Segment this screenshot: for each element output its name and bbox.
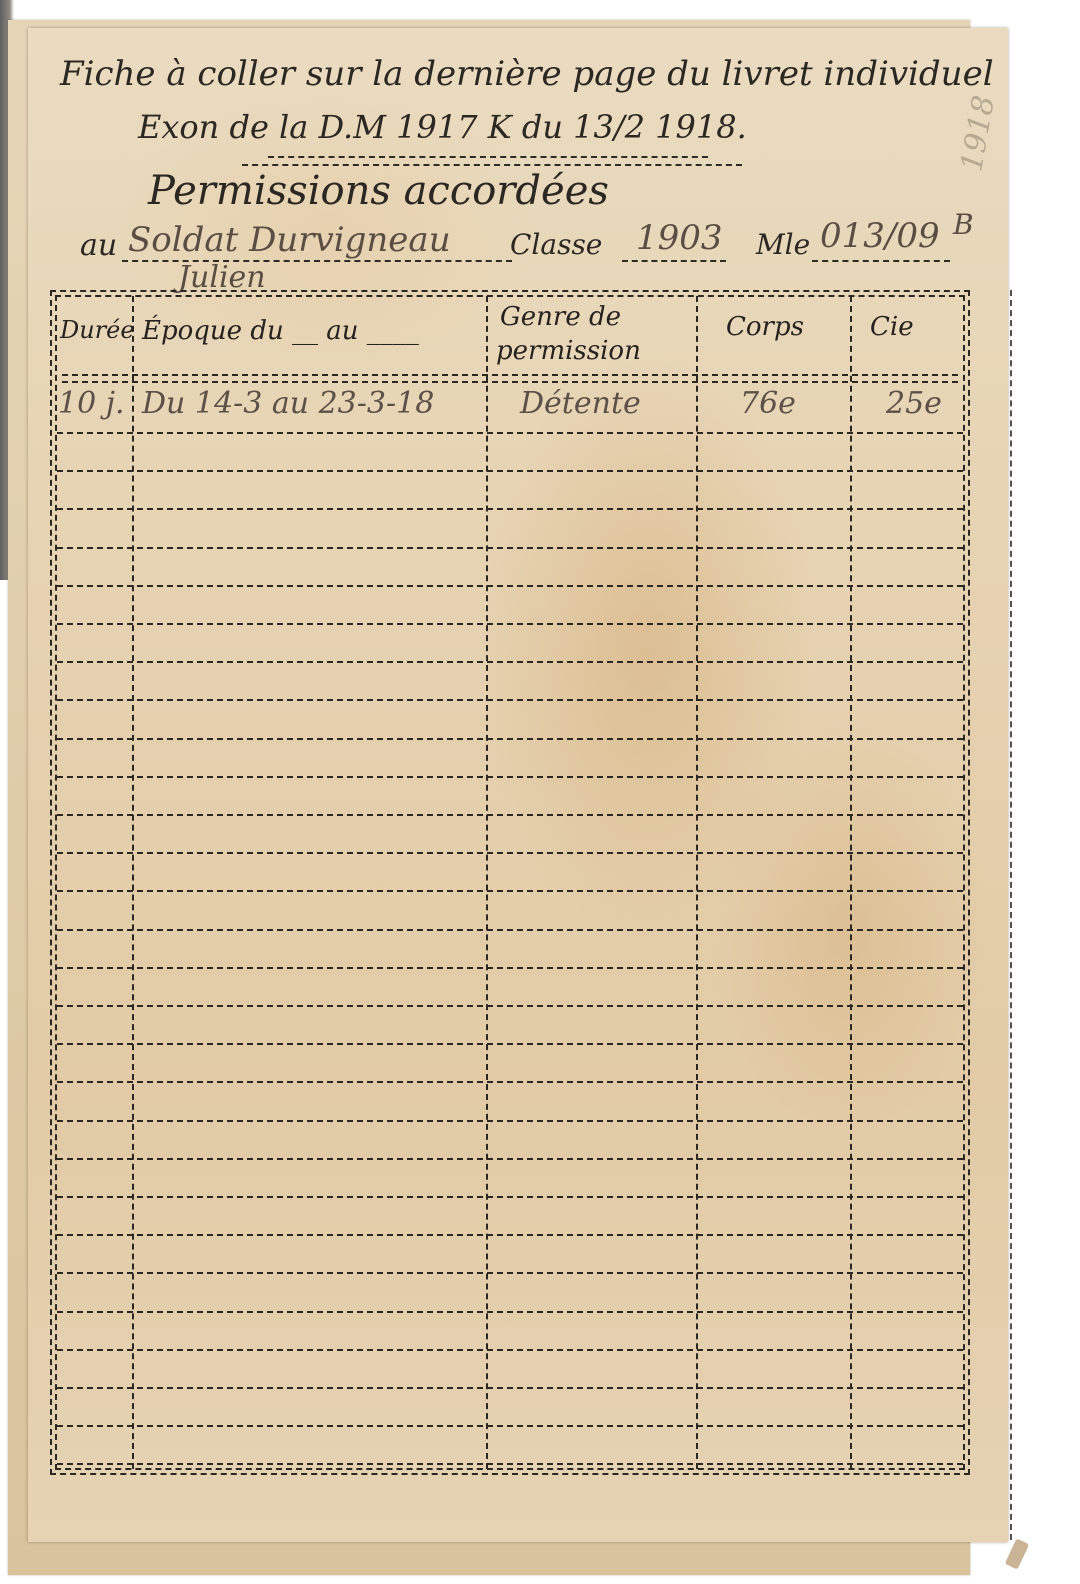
reference-underline	[268, 156, 708, 158]
row-1-genre: Détente	[520, 386, 641, 421]
header-cie: Cie	[870, 312, 914, 342]
reference-underline-2	[242, 164, 742, 166]
reference-line: Exon de la D.M 1917 K du 13/2 1918.	[138, 108, 747, 146]
table-row-line	[57, 1349, 963, 1351]
matricule-suffix: B	[953, 208, 974, 241]
table-row-line	[57, 738, 963, 740]
table-row-line	[57, 661, 963, 663]
permission-card: Fiche à coller sur la dernière page du l…	[28, 28, 1008, 1542]
table-row-line	[57, 1005, 963, 1007]
soldier-prefix: au	[80, 228, 117, 263]
table-row-line	[57, 547, 963, 549]
paper-fragment	[1005, 1538, 1030, 1569]
table-row-line	[57, 1158, 963, 1160]
heading-permissions: Permissions accordées	[148, 168, 609, 214]
row-1-epoque: Du 14-3 au 23-3-18	[142, 386, 434, 421]
table-row-line	[57, 585, 963, 587]
table-row-line	[57, 1463, 963, 1465]
table-row-line	[57, 623, 963, 625]
header-genre-line2: permission	[496, 336, 641, 366]
table-row-line	[57, 852, 963, 854]
table-row-line	[57, 776, 963, 778]
header-underline-2	[62, 381, 958, 383]
row-1-duree: 10 j.	[58, 386, 125, 421]
table-row-line	[57, 1120, 963, 1122]
header-corps: Corps	[726, 312, 804, 342]
soldier-name: Soldat Durvigneau	[128, 220, 451, 260]
matricule-value: 013/09	[820, 216, 940, 256]
table-row-line	[57, 1081, 963, 1083]
table-row-line	[57, 1196, 963, 1198]
table-row-line	[57, 929, 963, 931]
row-1-cie: 25e	[886, 386, 942, 421]
table-row-line	[57, 470, 963, 472]
matricule-underline	[812, 260, 950, 262]
table-row-line	[57, 890, 963, 892]
table-row-line	[57, 814, 963, 816]
table-row-line	[57, 1387, 963, 1389]
header-duree: Durée	[60, 316, 135, 344]
permissions-table: Durée Époque du __ au ____ Genre de perm…	[50, 290, 970, 1475]
header-underline-1	[62, 374, 958, 376]
classe-value: 1903	[636, 218, 723, 258]
table-row-line	[57, 432, 963, 434]
table-row-line	[57, 699, 963, 701]
header-genre-line1: Genre de	[500, 302, 621, 332]
classe-underline	[622, 260, 726, 262]
instruction-line: Fiche à coller sur la dernière page du l…	[60, 54, 994, 94]
row-1-corps: 76e	[740, 386, 796, 421]
table-row-line	[57, 967, 963, 969]
table-row-line	[57, 1425, 963, 1427]
table-row-line	[57, 508, 963, 510]
table-row-line	[57, 1311, 963, 1313]
table-row-line	[57, 1043, 963, 1045]
header-epoque: Époque du __ au ____	[142, 316, 419, 346]
margin-note: 1918	[954, 93, 1002, 174]
classe-label: Classe	[510, 228, 602, 261]
table-row-line	[57, 1234, 963, 1236]
table-row-line	[57, 1272, 963, 1274]
matricule-label: Mle	[756, 228, 810, 261]
